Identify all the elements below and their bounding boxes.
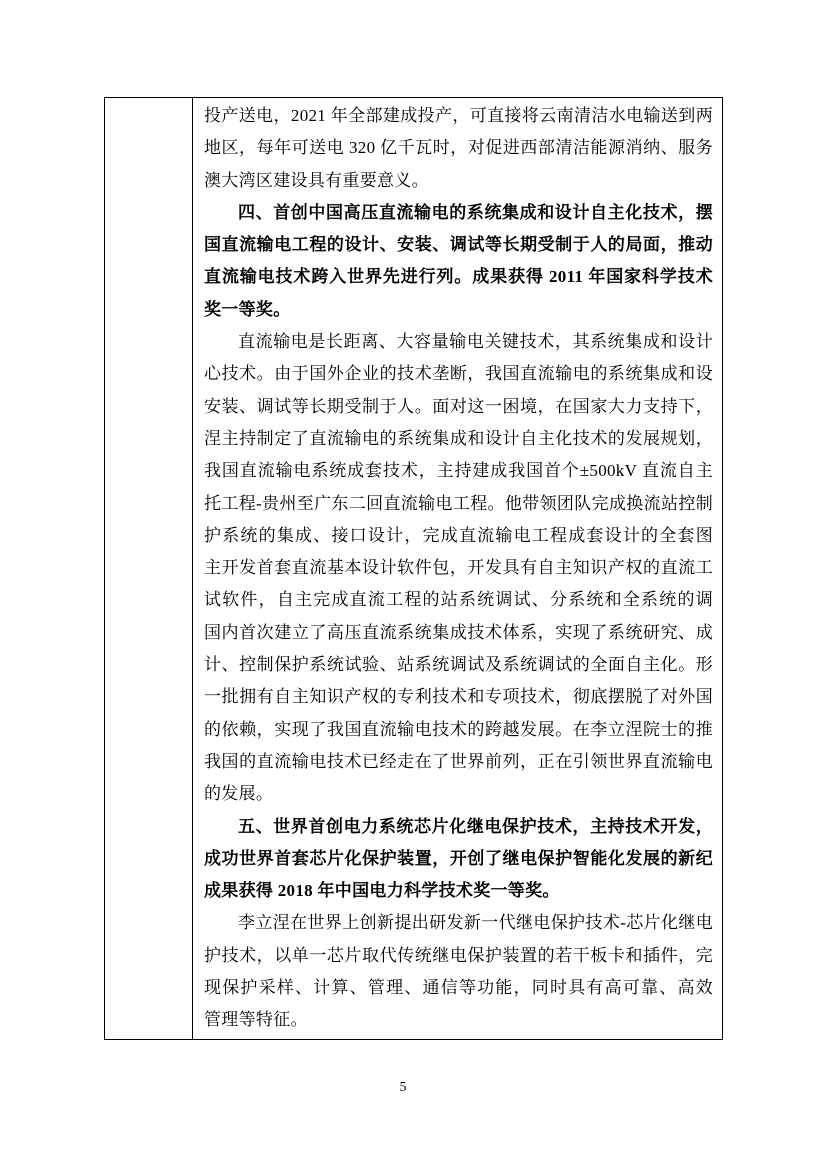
heading-line: 成功世界首套芯片化保护装置，开创了继电保护智能化发展的新纪元。 <box>204 843 713 875</box>
body-line: 地区，每年可送电 320 亿千瓦时，对促进西部清洁能源消纳、服务粤港 <box>204 132 713 164</box>
heading-line: 国直流输电工程的设计、安装、调试等长期受制于人的局面，推动我国 <box>204 229 713 261</box>
table-text-cell: 投产送电，2021 年全部建成投产，可直接将云南清洁水电输送到两广地区，每年可送… <box>193 98 722 1039</box>
document-page: 投产送电，2021 年全部建成投产，可直接将云南清洁水电输送到两广地区，每年可送… <box>0 0 827 1169</box>
body-line: 投产送电，2021 年全部建成投产，可直接将云南清洁水电输送到两广 <box>204 100 713 132</box>
heading-line: 五、世界首创电力系统芯片化继电保护技术，主持技术开发，研制 <box>204 811 713 843</box>
body-line: 我国的直流输电技术已经走在了世界前列，正在引领世界直流输电技术 <box>204 746 713 778</box>
body-line: 计、控制保护系统试验、站系统调试及系统调试的全面自主化。形成了 <box>204 649 713 681</box>
body-line: 李立涅在世界上创新提出研发新一代继电保护技术-芯片化继电保 <box>204 907 713 939</box>
body-line: 一批拥有自主知识产权的专利技术和专项技术，彻底摆脱了对外国公司 <box>204 681 713 713</box>
body-line: 托工程-贵州至广东二回直流输电工程。他带领团队完成换流站控制保 <box>204 488 713 520</box>
heading-line: 直流输电技术跨入世界先进行列。成果获得 2011 年国家科学技术进步 <box>204 261 713 293</box>
heading-line: 成果获得 2018 年中国电力科学技术奖一等奖。 <box>204 875 713 907</box>
page-number: 5 <box>393 1078 413 1096</box>
body-line: 试软件，自主完成直流工程的站系统调试、分系统和全系统的调试。在 <box>204 584 713 616</box>
heading-line: 四、首创中国高压直流输电的系统集成和设计自主化技术，摆脱我 <box>204 197 713 229</box>
body-line: 现保护采样、计算、管理、通信等功能，同时具有高可靠、高效率、易 <box>204 972 713 1004</box>
body-line: 的依赖，实现了我国直流输电技术的跨越发展。在李立涅院士的推动下， <box>204 714 713 746</box>
body-line: 护系统的集成、接口设计，完成直流输电工程成套设计的全套图纸，自 <box>204 520 713 552</box>
body-line: 主开发首套直流基本设计软件包，开发具有自主知识产权的直流工程调 <box>204 552 713 584</box>
body-line: 澳大湾区建设具有重要意义。 <box>204 165 713 197</box>
body-line: 安装、调试等长期受制于人。面对这一困境，在国家大力支持下，李立 <box>204 391 713 423</box>
body-line: 的发展。 <box>204 778 713 810</box>
body-line: 直流输电是长距离、大容量输电关键技术，其系统集成和设计是核 <box>204 326 713 358</box>
body-line: 涅主持制定了直流输电的系统集成和设计自主化技术的发展规划，首创 <box>204 423 713 455</box>
table-label-column <box>105 98 193 1039</box>
body-line: 护技术，以单一芯片取代传统继电保护装置的若干板卡和插件，完整实 <box>204 940 713 972</box>
body-line: 我国直流输电系统成套技术，主持建成我国首个±500kV 直流自主化依 <box>204 455 713 487</box>
body-line: 国内首次建立了高压直流系统集成技术体系，实现了系统研究、成套设 <box>204 617 713 649</box>
heading-line: 奖一等奖。 <box>204 294 713 326</box>
content-table: 投产送电，2021 年全部建成投产，可直接将云南清洁水电输送到两广地区，每年可送… <box>104 97 723 1040</box>
body-line: 心技术。由于国外企业的技术垄断，我国直流输电的系统集成和设计、 <box>204 358 713 390</box>
body-line: 管理等特征。 <box>204 1004 713 1036</box>
